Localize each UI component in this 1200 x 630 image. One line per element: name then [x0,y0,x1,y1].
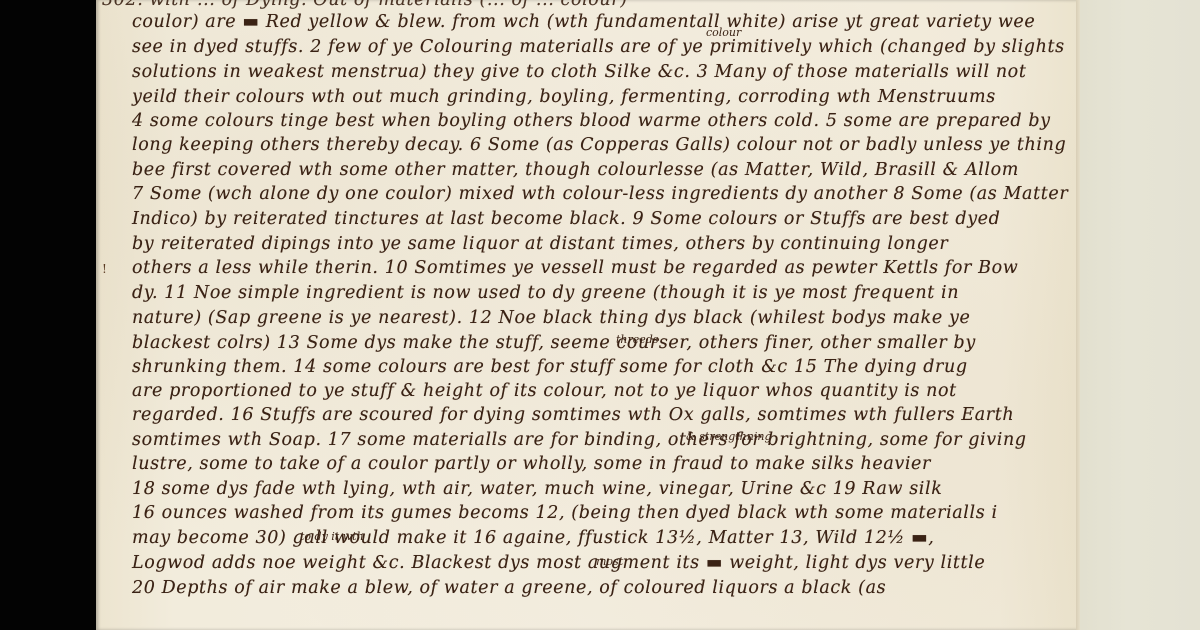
text-line: 20 Depths of air make a blew, of water a… [132,580,886,598]
text-line: dy. 11 Noe simple ingredient is now used… [132,285,959,303]
text-line: lustre, some to take of a coulor partly … [132,456,931,474]
text-line: others a less while therin. 10 Somtimes … [132,260,1018,278]
background-black [0,0,96,630]
text-line: regarded. 16 Stuffs are scoured for dyin… [132,407,1014,425]
text-line: may become 30) gall would make it 16 aga… [132,530,934,548]
text-line: bee first covered wth some other matter,… [132,162,1019,180]
interlinear-note: to dy it wth [300,530,364,543]
interlinear-note: colour [706,26,741,39]
text-line: solutions in weakest menstrua) they give… [132,64,1026,82]
text-line: 18 some dys fade wth lying, wth air, wat… [132,481,942,499]
next-leaf [1080,0,1200,630]
text-line: Indico) by reiterated tinctures at last … [132,211,1000,229]
text-line: shrunking them. 14 some colours are best… [132,359,968,377]
text-line: 7 Some (wch alone dy one coulor) mixed w… [132,186,1068,204]
text-line: somtimes wth Soap. 17 some materialls ar… [132,432,1027,450]
text-line: yeild their colours wth out much grindin… [132,89,996,107]
text-line: Logwod adds noe weight &c. Blackest dys … [132,555,985,573]
text-line: see in dyed stuffs. 2 few of ye Colourin… [132,39,1065,57]
margin-mark: ! [102,262,107,276]
interlinear-note: threeds [616,333,658,346]
text-line: 4 some colours tinge best when boyling o… [132,113,1051,131]
text-line: by reiterated dipings into ye same liquo… [132,236,948,254]
text-line: 302. with ... of Dying. Out of materiall… [102,0,628,10]
interlinear-note: & strengthning [686,430,771,443]
text-line: blackest colrs) 13 Some dys make the stu… [132,335,976,353]
text-line: coulor) are ▬ Red yellow & blew. from wc… [132,14,1035,32]
manuscript-viewer: 302. with ... of Dying. Out of materiall… [0,0,1200,630]
interlinear-note: most [596,555,623,568]
text-line: 16 ounces washed from its gumes becoms 1… [132,505,998,523]
text-line: nature) (Sap greene is ye nearest). 12 N… [132,310,970,328]
text-line: long keeping others thereby decay. 6 Som… [132,137,1066,155]
text-line: are proportioned to ye stuff & height of… [132,383,957,401]
